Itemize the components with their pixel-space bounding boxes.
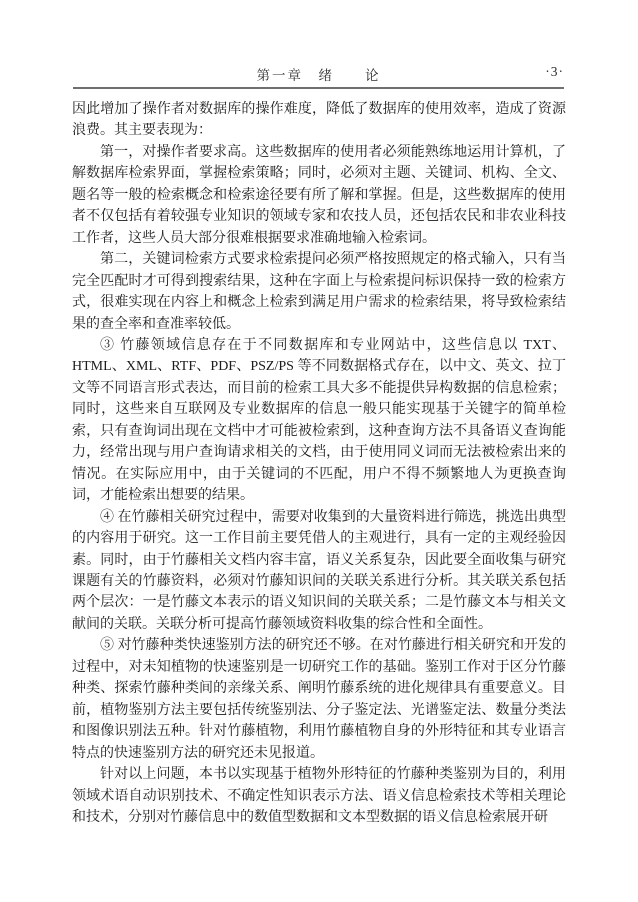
chapter-title: 第一章 绪 论 <box>73 64 564 84</box>
paragraph-point-first: 第一，对操作者要求高。这些数据库的使用者必须能熟练地运用计算机，了解数据库检索界… <box>72 142 566 249</box>
page-body: 因此增加了操作者对数据库的操作难度，降低了数据库的使用效率，造成了资源浪费。其主… <box>72 99 566 828</box>
paragraph-item-4: ④ 在竹藤相关研究过程中，需要对收集到的大量资料进行筛选，挑选出典型的内容用于研… <box>72 507 566 636</box>
paragraph-continuation: 因此增加了操作者对数据库的操作难度，降低了数据库的使用效率，造成了资源浪费。其主… <box>72 99 566 142</box>
book-page: 第一章 绪 论 ·3· 因此增加了操作者对数据库的操作难度，降低了数据库的使用效… <box>0 0 638 902</box>
header-rule <box>73 87 564 89</box>
paragraph-point-second: 第二，关键词检索方式要求检索提问必须严格按照规定的格式输入，只有当完全匹配时才可… <box>72 249 566 335</box>
paragraph-closing: 针对以上问题，本书以实现基于植物外形特征的竹藤种类鉴别为目的，利用领域术语自动识… <box>72 764 566 828</box>
running-header: 第一章 绪 论 ·3· <box>73 64 564 84</box>
paragraph-item-5: ⑤ 对竹藤种类快速鉴别方法的研究还不够。在对竹藤进行相关研究和开发的过程中，对未… <box>72 635 566 764</box>
paragraph-item-3: ③ 竹藤领域信息存在于不同数据库和专业网站中，这些信息以 TXT、HTML、XM… <box>72 335 566 507</box>
page-number: ·3· <box>545 64 564 80</box>
